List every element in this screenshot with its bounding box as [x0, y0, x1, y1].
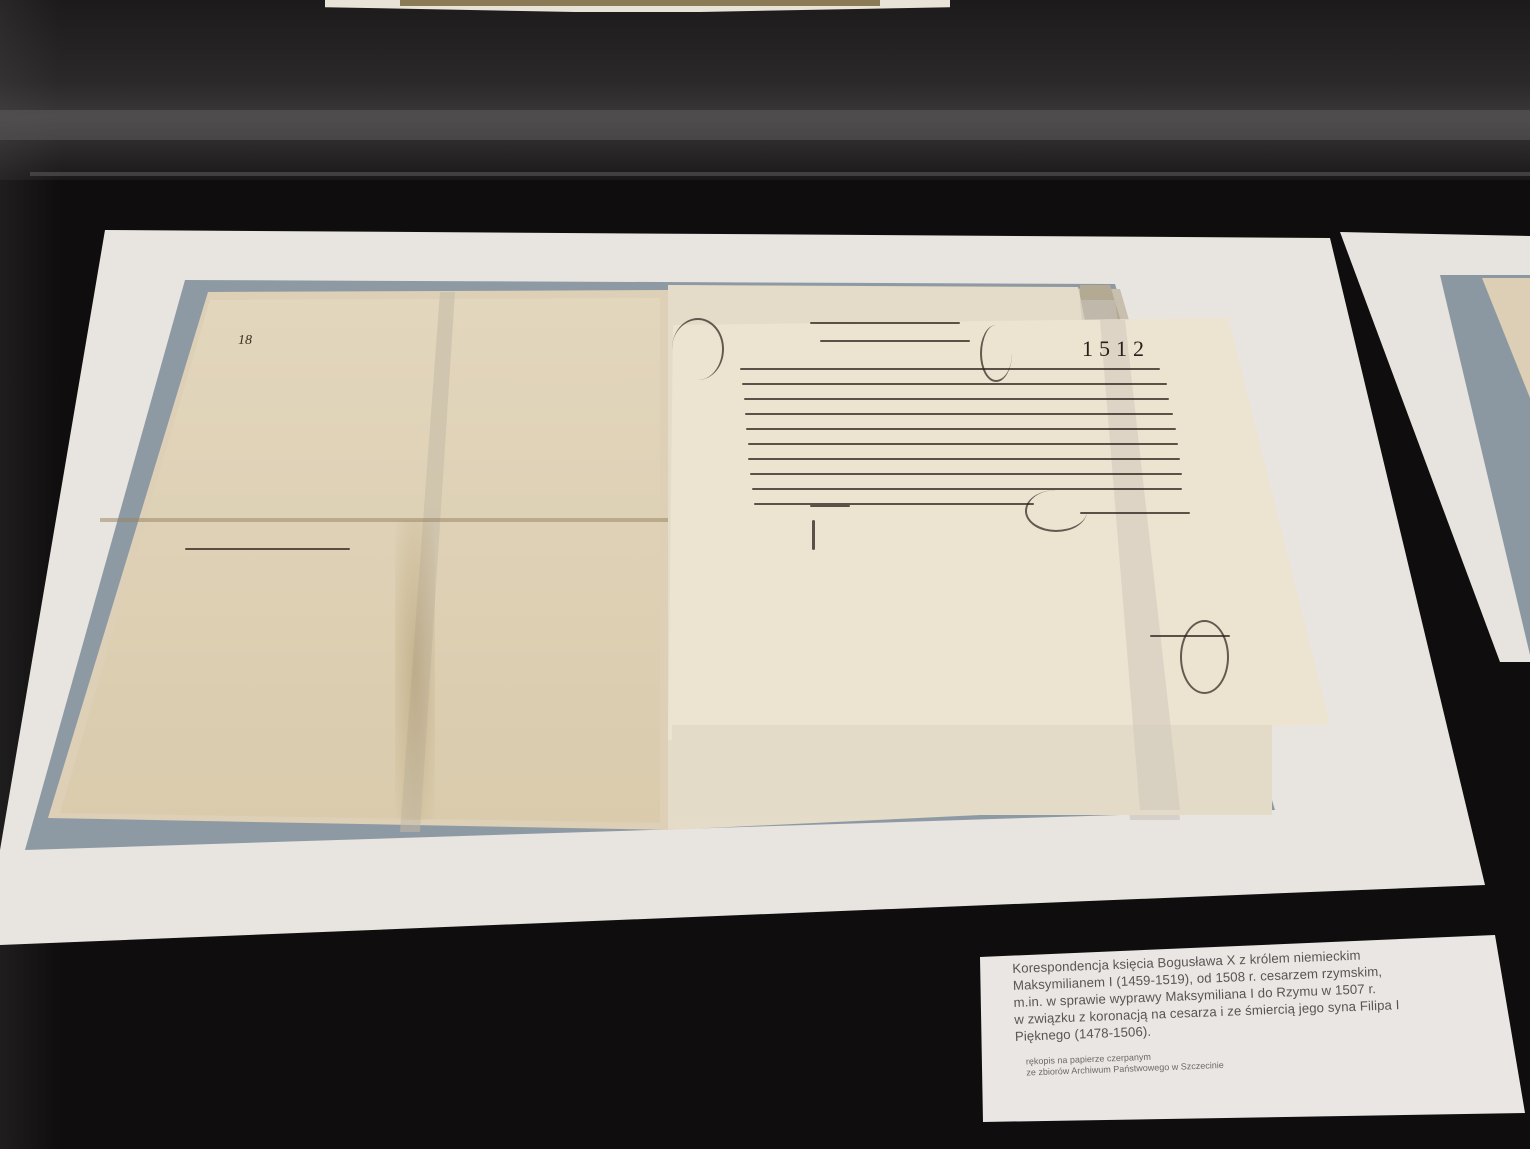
letter-text-line — [750, 473, 1182, 475]
folio-number: 18 — [238, 333, 252, 349]
letter-text-line — [754, 503, 1034, 505]
background-exhibit-book — [400, 0, 880, 6]
label-description: Korespondencja księcia Bogusława X z kró… — [1012, 942, 1495, 1045]
letter-text-line — [748, 458, 1180, 460]
letter-heading-line-2 — [820, 340, 970, 342]
letter-text-line — [744, 398, 1169, 400]
letter-heading-line-1 — [810, 322, 960, 324]
letter-text-line — [745, 413, 1173, 415]
letter-text-line — [748, 443, 1178, 445]
letter-text-line — [740, 368, 1160, 370]
initial-flourish — [672, 318, 724, 380]
letter-text-line — [742, 383, 1167, 385]
chancery-mark — [810, 505, 850, 507]
display-case-glass-reflection — [0, 0, 1530, 180]
signature-line — [1080, 512, 1190, 514]
lower-signature-flourish — [1180, 620, 1229, 694]
paper-stain — [395, 520, 435, 820]
endorsement-handwriting — [185, 548, 350, 550]
glass-reflection-band — [0, 110, 1530, 140]
chancery-mark — [812, 520, 815, 550]
year-marking: 1512 — [1082, 336, 1150, 362]
exhibit-label-text: Korespondencja księcia Bogusława X z kró… — [1012, 942, 1496, 1079]
letter-text-line — [752, 488, 1182, 490]
heading-flourish — [980, 325, 1012, 382]
letter-lower-fold — [672, 725, 1272, 815]
letter-text-line — [746, 428, 1176, 430]
horizontal-fold-line — [100, 518, 670, 522]
signature-flourish — [1025, 490, 1087, 532]
display-case-edge — [30, 172, 1530, 176]
